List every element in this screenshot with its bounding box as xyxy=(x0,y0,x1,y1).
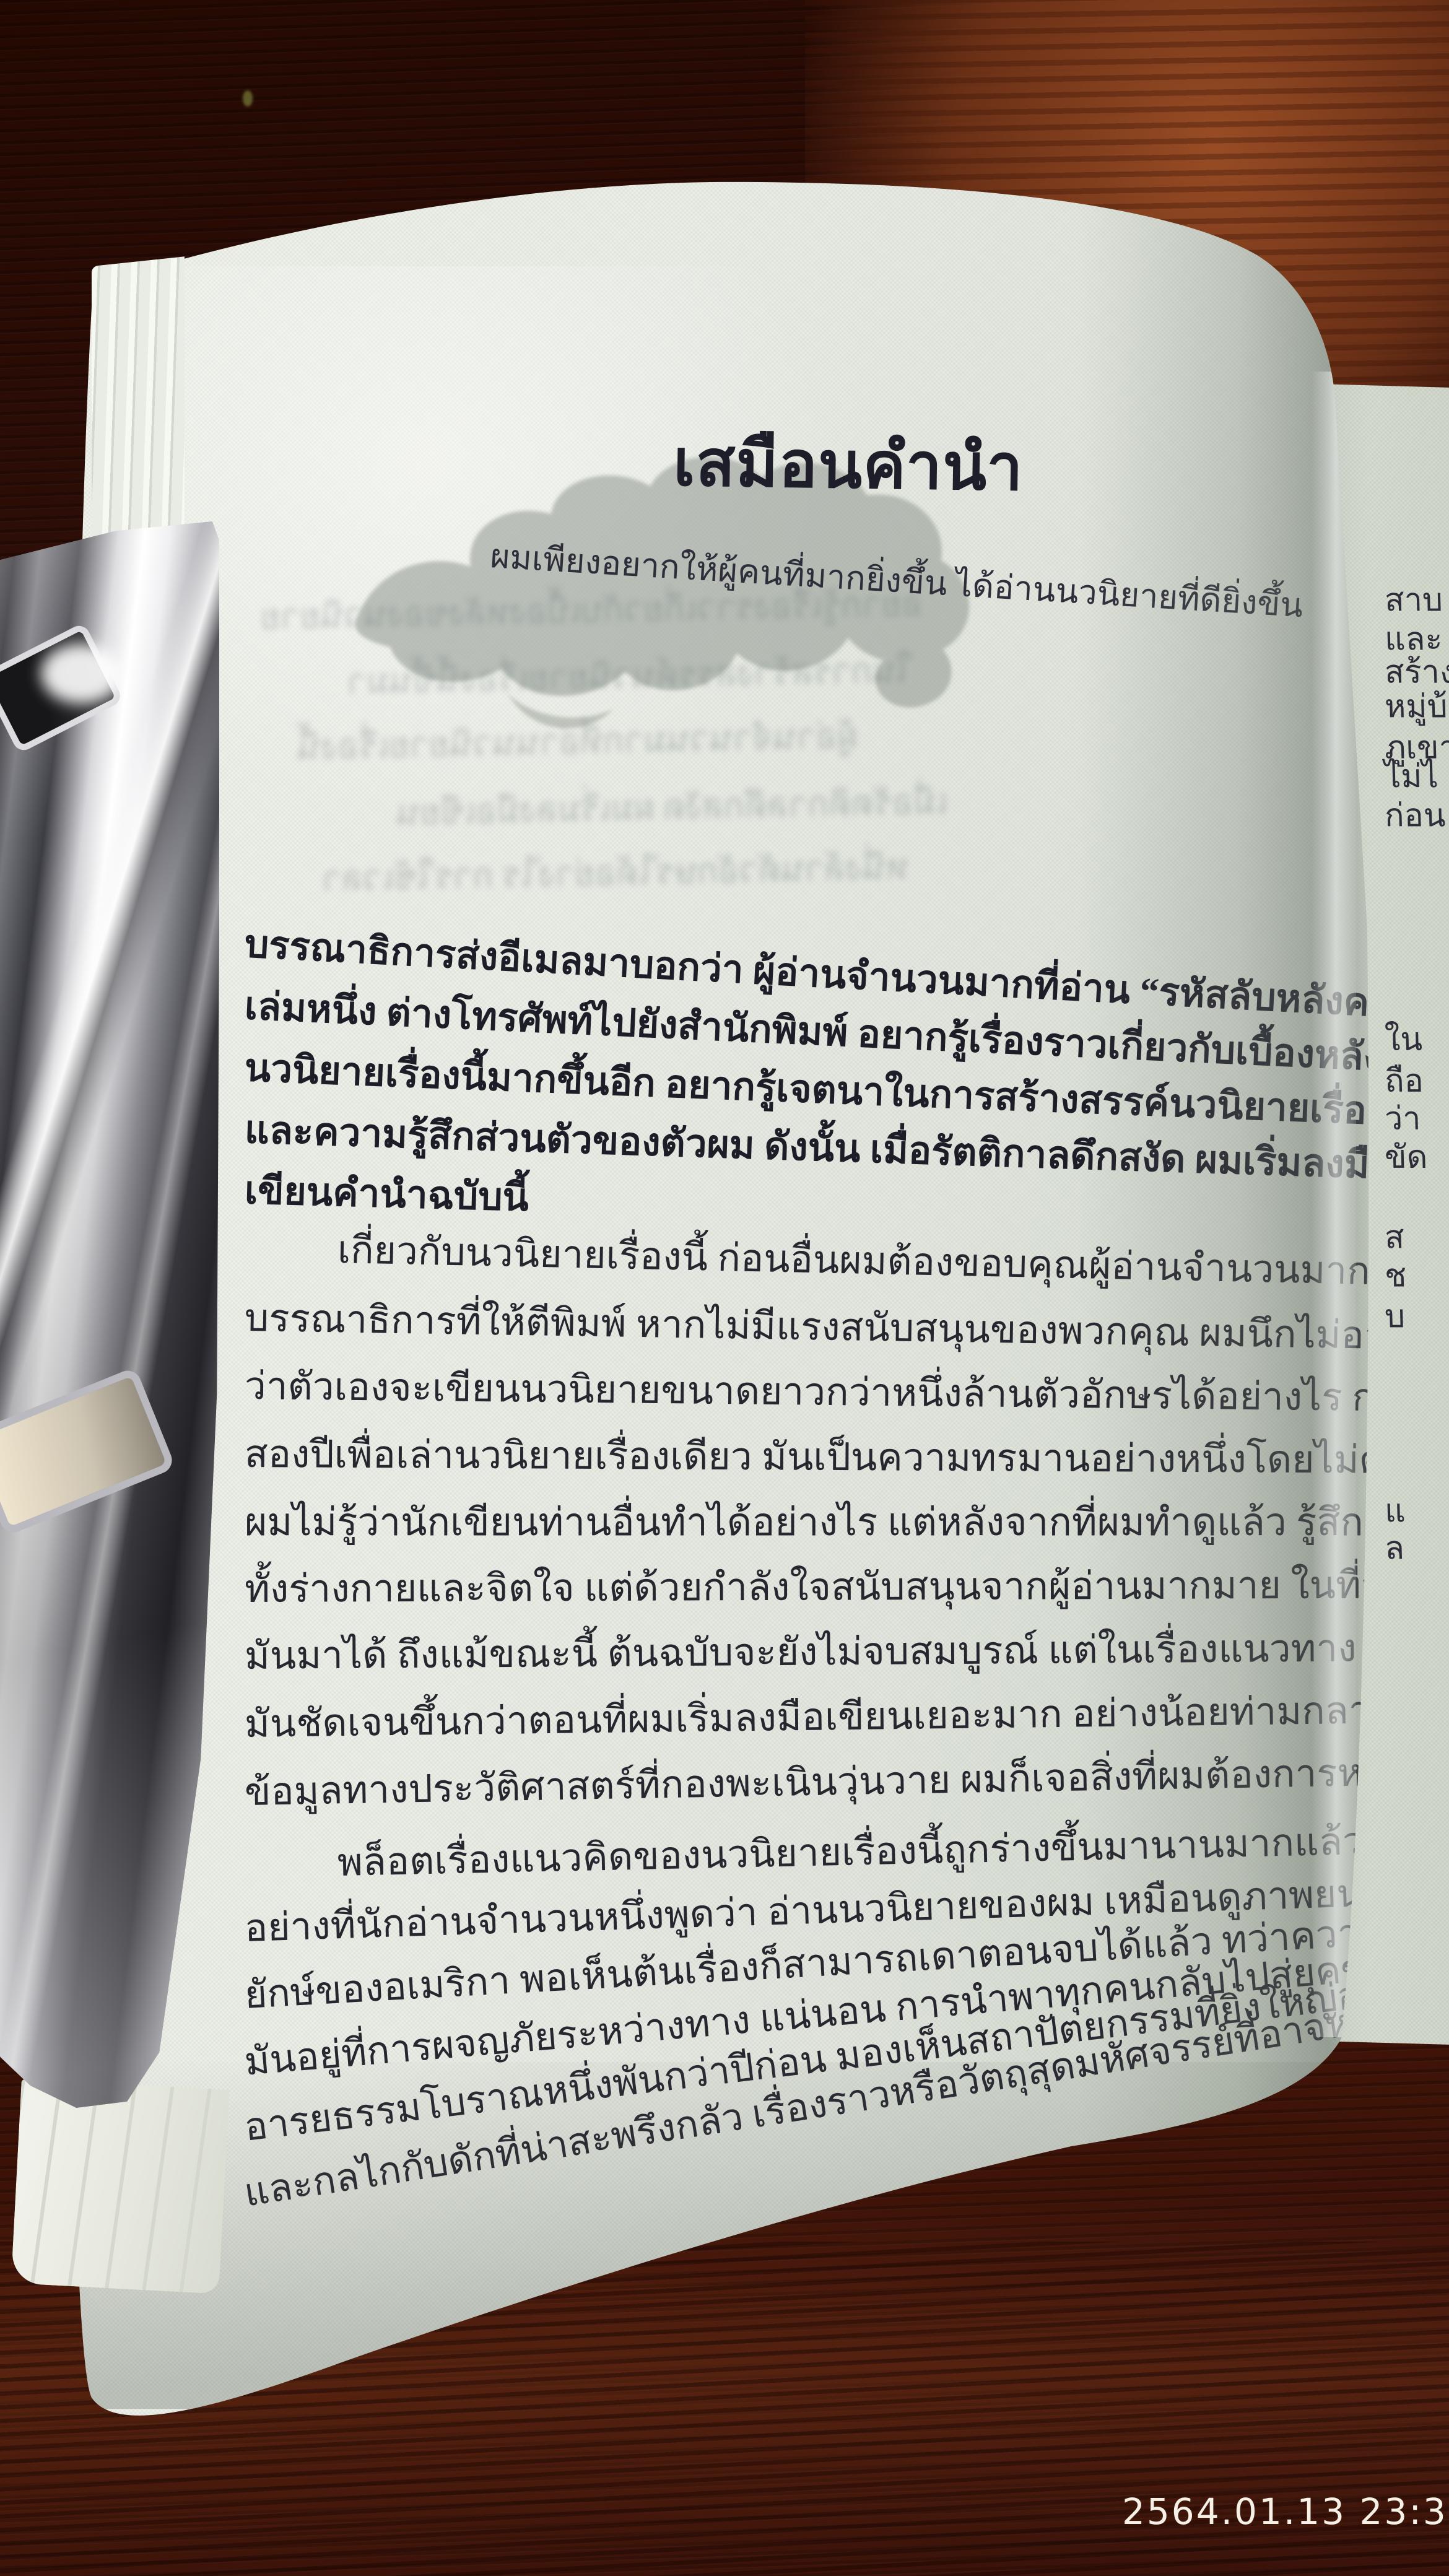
camera-timestamp: 2564.01.13 23:32 xyxy=(1122,2491,1449,2533)
next-page-fragment: บ xyxy=(1384,1290,1406,1341)
ghost-show-through-line: เมื่อรัตติกาลดึกสงัด ผมเริ่มลงมือเขียน xyxy=(396,773,949,840)
next-page-fragment: ขัด xyxy=(1384,1131,1428,1182)
clip-glare xyxy=(41,644,121,703)
page-stack-edge-top-left xyxy=(92,256,185,562)
next-page-fragment: ก่อน xyxy=(1384,789,1446,840)
wood-speck xyxy=(243,90,253,107)
next-page-fragment: ล xyxy=(1384,1521,1405,1573)
photo-of-book-page: { "page": { "title": "เสมือนคำนำ", "subt… xyxy=(0,0,1449,2576)
page-title: เสมือนคำนำ xyxy=(668,411,1029,518)
page-stack-edge-bottom-left xyxy=(11,2079,230,2294)
ghost-show-through-line: ผู้อ่านจำนวนมากที่อ่านนวนิยายเรื่องนี้ xyxy=(297,708,858,775)
